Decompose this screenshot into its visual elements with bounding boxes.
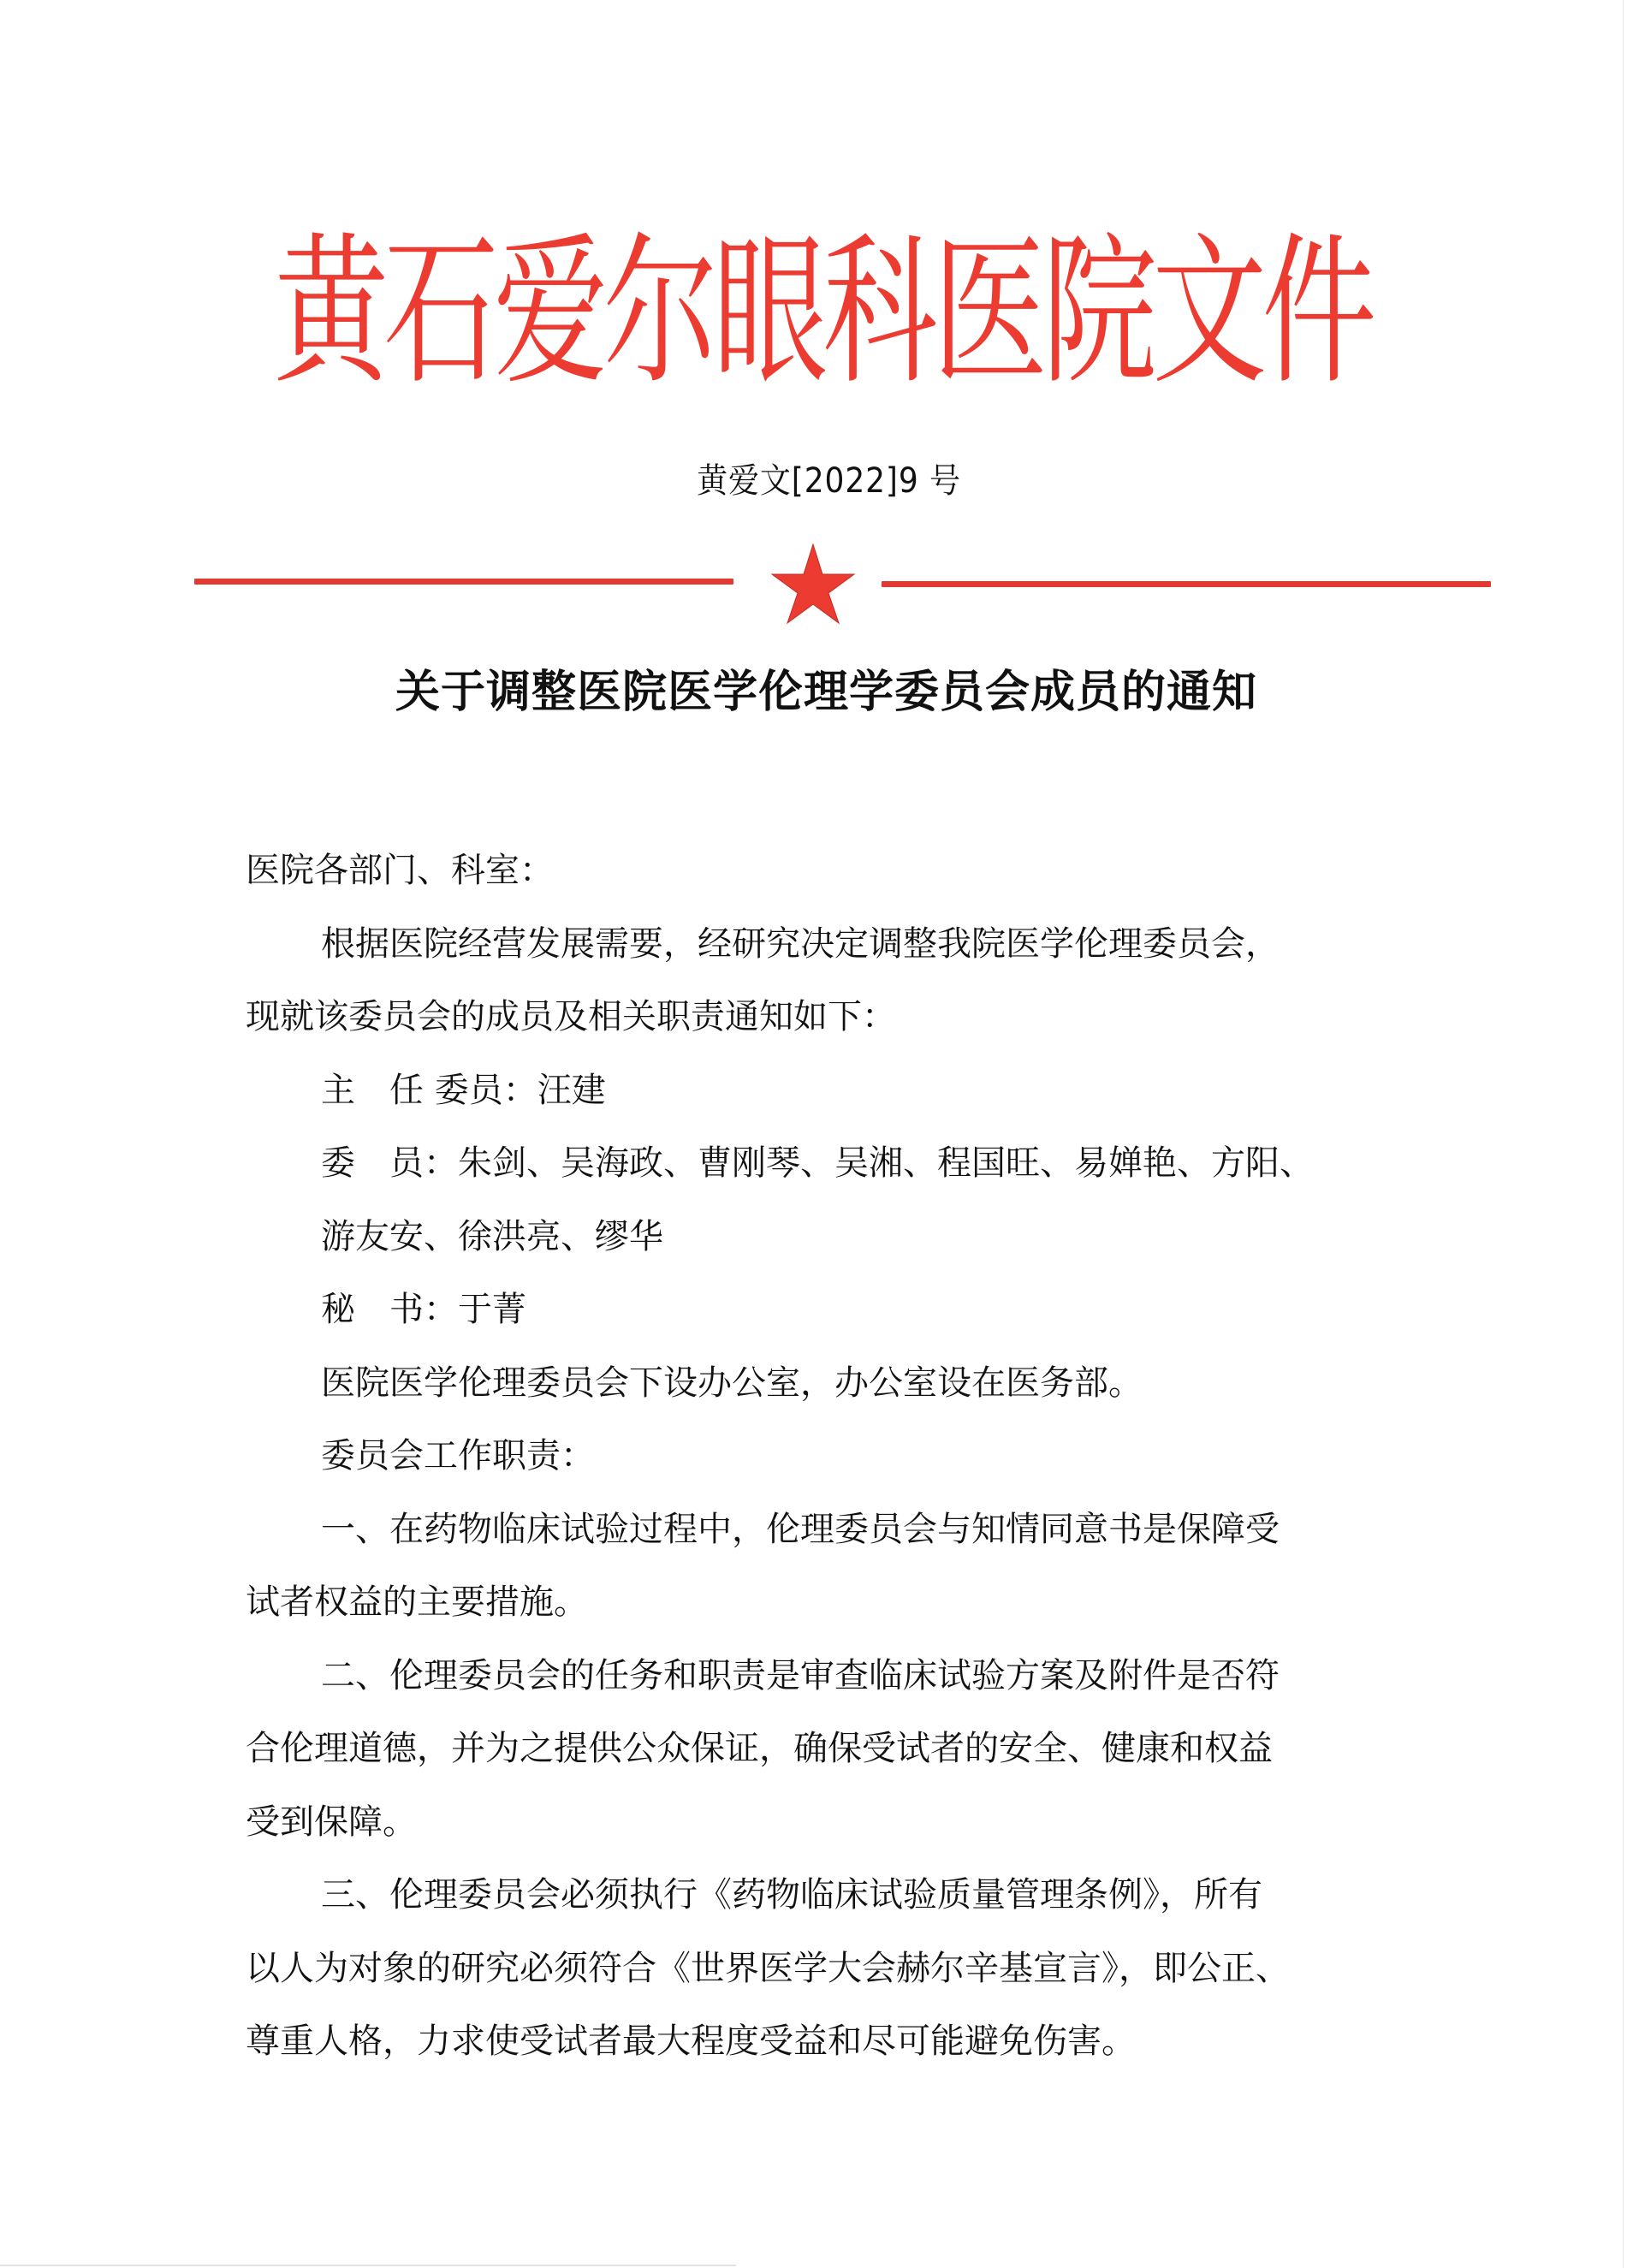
masthead-char: 眼 (713, 231, 811, 393)
duty-item-2-continued: 合伦理道德，并为之提供公众保证，确保受试者的安全、健康和权益 (246, 1713, 1392, 1786)
committee-label: 委 员： (321, 1127, 458, 1201)
red-divider-left (194, 579, 733, 585)
intro-paragraph-line: 现就该委员会的成员及相关职责通知如下： (246, 981, 1392, 1054)
masthead-title: 黄 石 爱 尔 眼 科 医 院 文 件 (274, 209, 1361, 416)
member-committee: 委 员：朱剑、吴海政、曹刚琴、吴湘、程国旺、易婵艳、方阳、 (246, 1127, 1392, 1201)
document-title: 关于调整医院医学伦理学委员会成员的通知 (0, 656, 1627, 720)
duties-heading: 委员会工作职责： (246, 1420, 1392, 1493)
red-divider-right (882, 581, 1491, 587)
document-body: 医院各部门、科室： 根据医院经营发展需要，经研究决定调整我院医学伦理委员会， 现… (246, 834, 1392, 2079)
intro-paragraph-line: 根据医院经营发展需要，经研究决定调整我院医学伦理委员会， (246, 908, 1392, 982)
member-director: 主 任 委员：汪建 (246, 1054, 1392, 1128)
director-label: 主 任 委员： (321, 1054, 537, 1128)
member-committee-continued: 游友安、徐洪亮、缪华 (246, 1201, 1392, 1274)
masthead-char: 文 (1152, 231, 1250, 393)
red-star-icon (770, 543, 856, 625)
masthead-char: 黄 (274, 231, 372, 393)
document-number: 黄爱文[2022]9 号 (81, 454, 1546, 502)
committee-names: 朱剑、吴海政、曹刚琴、吴湘、程国旺、易婵艳、方阳、 (458, 1143, 1314, 1183)
duty-item-1-continued: 试者权益的主要措施。 (246, 1566, 1392, 1640)
scan-page-edge (1623, 0, 1624, 2268)
masthead-char: 科 (822, 231, 921, 393)
director-name: 汪建 (537, 1071, 606, 1110)
duty-item-3-continued: 以人为对象的研究必须符合《世界医学大会赫尔辛基宣言》，即公正、 (246, 1933, 1392, 2006)
scan-page-edge-bottom (0, 2265, 736, 2266)
office-note: 医院医学伦理委员会下设办公室，办公室设在医务部。 (246, 1347, 1392, 1421)
duty-item-3-continued: 尊重人格，力求使受试者最大程度受益和尽可能避免伤害。 (246, 2005, 1392, 2079)
salutation: 医院各部门、科室： (246, 834, 1392, 908)
duty-item-3: 三、伦理委员会必须执行《药物临床试验质量管理条例》，所有 (246, 1859, 1392, 1933)
member-secretary: 秘 书：于菁 (246, 1274, 1392, 1347)
secretary-label: 秘 书： (321, 1274, 458, 1347)
secretary-name: 于菁 (458, 1290, 526, 1329)
masthead-char: 爱 (494, 231, 592, 393)
duty-item-2-continued: 受到保障。 (246, 1786, 1392, 1860)
duty-item-1: 一、在药物临床试验过程中，伦理委员会与知情同意书是保障受 (246, 1493, 1392, 1567)
masthead-char: 院 (1042, 231, 1141, 393)
masthead-char: 医 (933, 231, 1031, 393)
masthead-char: 尔 (603, 231, 702, 393)
masthead-char: 石 (383, 231, 482, 393)
duty-item-2: 二、伦理委员会的任务和职责是审查临床试验方案及附件是否符 (246, 1640, 1392, 1713)
masthead-char: 件 (1262, 231, 1360, 393)
